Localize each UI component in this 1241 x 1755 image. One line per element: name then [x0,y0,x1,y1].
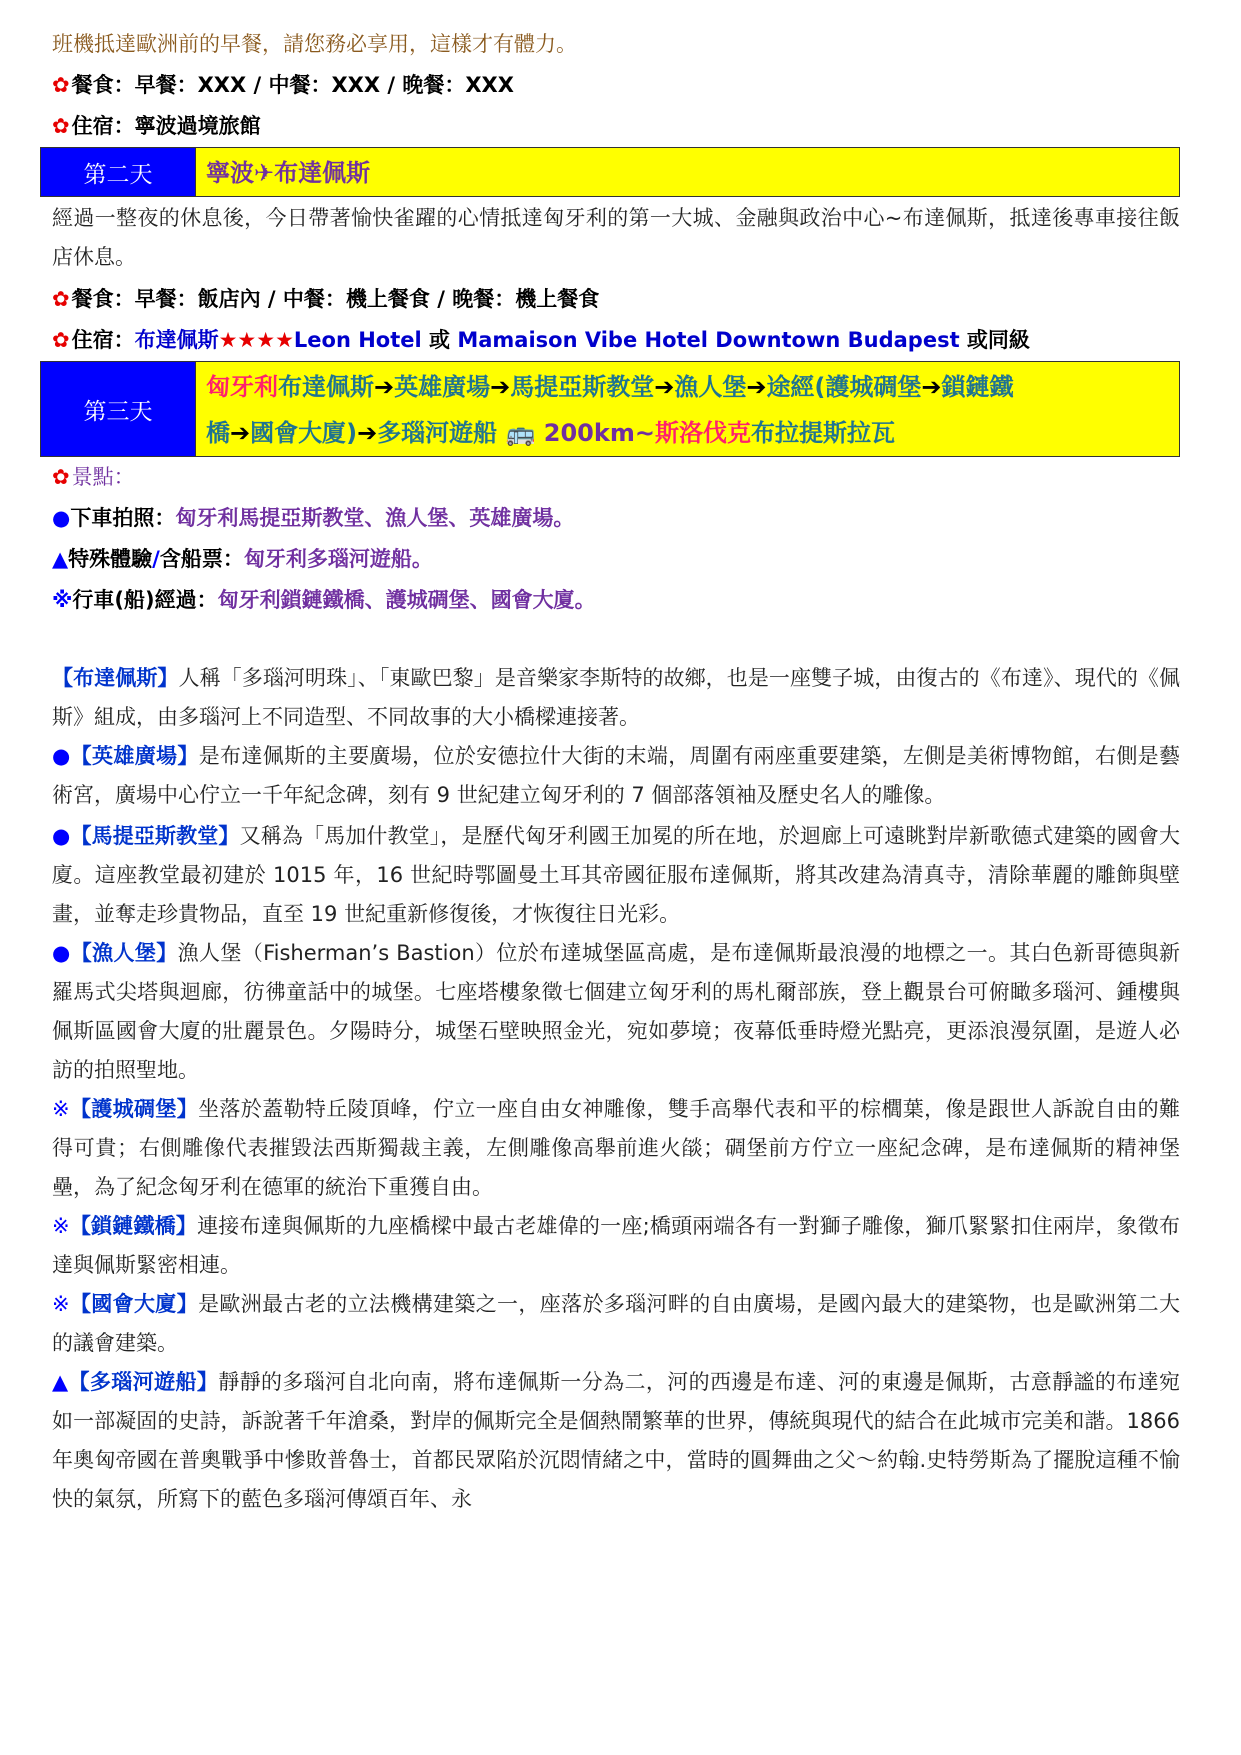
pass-by: ※行車(船)經過：匈牙利鎖鏈鐵橋、護城碉堡、國會大廈。 [52,580,1190,621]
day2-header: 第二天 寧波✈布達佩斯 [40,147,1180,197]
day3-route-line2: 橋➔國會大廈)➔多瑙河遊船 🚌 200km~斯洛伐克布拉提斯拉瓦 [206,410,1169,456]
day2-label: 第二天 [41,148,196,196]
bullet-circle-icon: ● [52,941,71,965]
article-heroes-square: ●【英雄廣場】是布達佩斯的主要廣場，位於安德拉什大街的末端，周圍有兩座重要建築，… [52,737,1180,815]
bullet-circle-icon: ● [52,506,70,530]
day2-meals: ✿餐食：早餐：飯店內 / 中餐：機上餐食 / 晚餐：機上餐食 [52,279,1190,320]
day2-hotel: ✿住宿：布達佩斯★★★★Leon Hotel 或 Mamaison Vibe H… [52,320,1190,361]
day3-label: 第三天 [41,362,196,456]
sights-heading: ✿景點： [52,457,1190,498]
article-budapest: 【布達佩斯】人稱「多瑙河明珠」、「東歐巴黎」是音樂家李斯特的故鄉，也是一座雙子城… [52,659,1180,737]
article-matthias-church: ●【馬提亞斯教堂】又稱為「馬加什教堂」，是歷代匈牙利國王加冕的所在地，於迴廊上可… [52,817,1180,934]
airplane-icon: ✈ [254,159,274,187]
day2-description: 經過一整夜的休息後，今日帶著愉快雀躍的心情抵達匈牙利的第一大城、金融與政治中心~… [52,199,1180,277]
itinerary-page: 班機抵達歐洲前的早餐，請您務必享用，這樣才有體力。 ✿餐食：早餐：XXX / 中… [52,24,1190,1519]
arrow-icon: ➔ [490,373,510,401]
article-citadel: ※【護城碉堡】坐落於蓋勒特丘陵頂峰，佇立一座自由女神雕像，雙手高舉代表和平的棕櫚… [52,1090,1180,1207]
flower-icon: ✿ [52,465,70,489]
article-parliament: ※【國會大廈】是歐洲最古老的立法機構建築之一，座落於多瑙河畔的自由廣場，是國內最… [52,1285,1180,1363]
article-fishermans-bastion: ●【漁人堡】漁人堡（Fisherman’s Bastion）位於布達城堡區高處，… [52,934,1180,1090]
flower-icon: ✿ [52,287,70,311]
arrow-icon: ➔ [746,373,766,401]
article-chain-bridge: ※【鎖鏈鐵橋】連接布達與佩斯的九座橋樑中最古老雄偉的一座;橋頭兩端各有一對獅子雕… [52,1207,1180,1285]
arrow-icon: ➔ [921,373,941,401]
arrow-icon: ➔ [230,419,250,447]
bullet-circle-icon: ● [52,744,71,768]
day3-header: 第三天 匈牙利布達佩斯➔英雄廣場➔馬提亞斯教堂➔漁人堡➔途經(護城碉堡➔鎖鏈鐵 … [40,361,1180,457]
day1-hotel: ✿住宿：寧波過境旅館 [52,106,1190,147]
day3-route: 匈牙利布達佩斯➔英雄廣場➔馬提亞斯教堂➔漁人堡➔途經(護城碉堡➔鎖鏈鐵 橋➔國會… [196,362,1179,456]
star-rating: ★★★★ [219,328,294,352]
day3-route-line1: 匈牙利布達佩斯➔英雄廣場➔馬提亞斯教堂➔漁人堡➔途經(護城碉堡➔鎖鏈鐵 [206,364,1169,410]
day1-meals: ✿餐食：早餐：XXX / 中餐：XXX / 晚餐：XXX [52,65,1190,106]
day2-route: 寧波✈布達佩斯 [196,148,1179,196]
reference-mark-icon: ※ [52,1097,70,1121]
bus-distance: 🚌 200km~ [497,419,655,447]
article-danube-cruise: ▲【多瑙河遊船】靜靜的多瑙河自北向南，將布達佩斯一分為二，河的西邊是布達、河的東… [52,1363,1180,1519]
arrow-icon: ➔ [357,419,377,447]
reference-mark-icon: ※ [52,1292,70,1316]
reference-mark-icon: ※ [52,588,72,612]
flower-icon: ✿ [52,73,70,97]
triangle-icon: ▲ [52,1370,69,1394]
flower-icon: ✿ [52,328,70,352]
flower-icon: ✿ [52,114,70,138]
arrow-icon: ➔ [374,373,394,401]
bullet-circle-icon: ● [52,824,70,848]
triangle-icon: ▲ [52,547,68,571]
reference-mark-icon: ※ [52,1214,70,1238]
intro-text: 班機抵達歐洲前的早餐，請您務必享用，這樣才有體力。 [52,24,1190,65]
photo-stops: ●下車拍照：匈牙利馬提亞斯教堂、漁人堡、英雄廣場。 [52,498,1190,539]
arrow-icon: ➔ [654,373,674,401]
special-experience: ▲特殊體驗/含船票：匈牙利多瑙河遊船。 [52,539,1190,580]
